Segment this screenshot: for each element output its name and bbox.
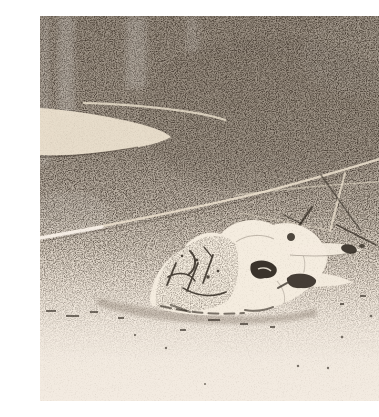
global-grain-layer: [40, 16, 379, 401]
photo-canvas: [40, 16, 379, 401]
photograph: [40, 16, 379, 401]
